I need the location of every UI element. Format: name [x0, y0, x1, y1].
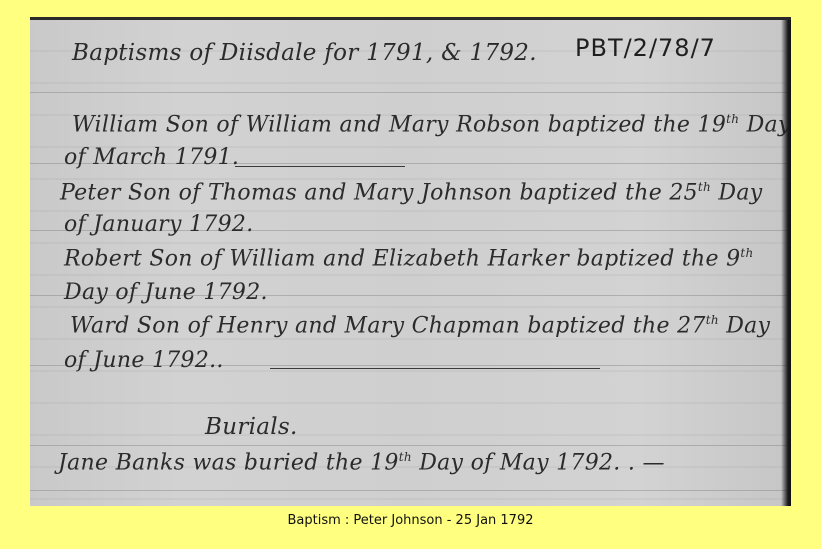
entry-text: Jane Banks was buried the 19 — [58, 450, 399, 475]
entry-text-end: Day — [726, 313, 770, 338]
ordinal-suffix: th — [706, 313, 719, 327]
burials-heading: Burials. — [205, 414, 298, 440]
entry-text-end: Day of May 1792. . — — [419, 450, 665, 475]
image-caption: Baptism : Peter Johnson - 25 Jan 1792 — [0, 513, 821, 528]
baptism-entry-3-line-2: Day of June 1792. — [64, 280, 268, 305]
baptism-entry-1-line-2: of March 1791. — [64, 145, 239, 170]
register-title: Baptisms of Diisdale for 1791, & 1792. — [72, 40, 537, 66]
ruled-line — [30, 92, 791, 93]
entry-text-end: Day — [718, 180, 762, 205]
ruled-line — [30, 445, 791, 446]
entry-text: Peter Son of Thomas and Mary Johnson bap… — [60, 180, 698, 205]
entry-text: William Son of William and Mary Robson b… — [72, 112, 726, 137]
archive-reference: PBT/2/78/7 — [575, 34, 716, 62]
filler-dash — [235, 166, 405, 167]
ruled-line — [30, 490, 791, 491]
image-frame: Baptisms of Diisdale for 1791, & 1792. P… — [0, 0, 821, 549]
ordinal-suffix: th — [740, 246, 753, 260]
baptism-entry-2-line-2: of January 1792. — [64, 212, 254, 237]
baptism-entry-4-line-1: Ward Son of Henry and Mary Chapman bapti… — [70, 313, 770, 338]
ordinal-suffix: th — [698, 180, 711, 194]
entry-text-end: Day — [747, 112, 791, 137]
burial-entry-1: Jane Banks was buried the 19th Day of Ma… — [58, 450, 665, 475]
ordinal-suffix: th — [399, 450, 412, 464]
baptism-entry-1-line-1: William Son of William and Mary Robson b… — [72, 112, 791, 137]
baptism-entry-3-line-1: Robert Son of William and Elizabeth Hark… — [64, 246, 754, 271]
baptism-entry-2-line-1: Peter Son of Thomas and Mary Johnson bap… — [60, 180, 762, 205]
baptism-entry-4-line-2: of June 1792.. — [64, 348, 224, 373]
ordinal-suffix: th — [726, 112, 739, 126]
scanned-register-page: Baptisms of Diisdale for 1791, & 1792. P… — [30, 17, 791, 506]
entry-text: Ward Son of Henry and Mary Chapman bapti… — [70, 313, 706, 338]
filler-dash — [270, 368, 600, 369]
entry-text: Robert Son of William and Elizabeth Hark… — [64, 246, 740, 271]
